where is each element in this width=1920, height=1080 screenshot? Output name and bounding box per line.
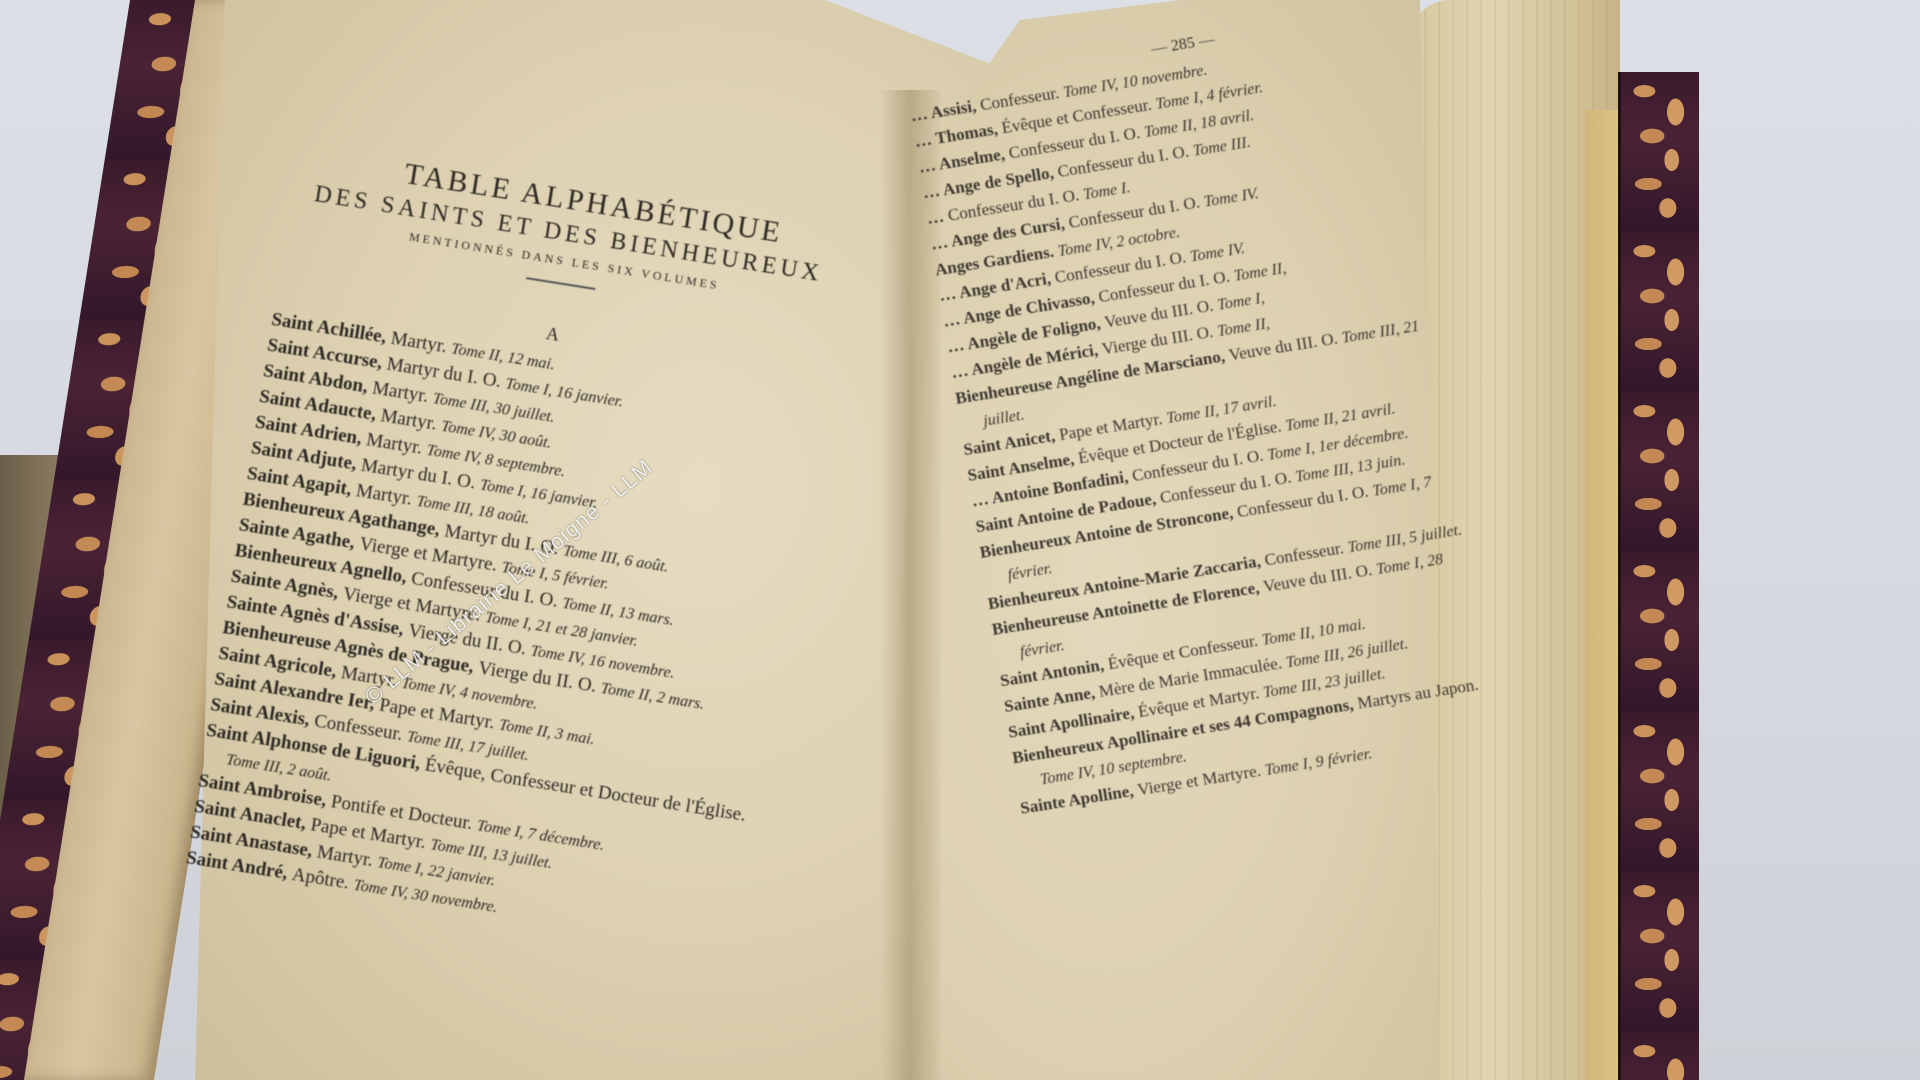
entry-volume-ref: Tome IV.	[1203, 185, 1260, 210]
entry-volume-ref: Tome I.	[1082, 179, 1131, 203]
index-entries-left: Saint Achillée, Martyr. Tome II, 12 mai.…	[184, 307, 826, 959]
left-page-text: TABLE ALPHABÉTIQUE DES SAINTS ET DES BIE…	[184, 140, 853, 958]
marbled-cover-right	[1618, 72, 1699, 1080]
entry-volume-ref: Tome I,	[1216, 290, 1265, 314]
book-photo: TABLE ALPHABÉTIQUE DES SAINTS ET DES BIE…	[0, 0, 1920, 1080]
entry-volume-ref: Tome III.	[1192, 134, 1252, 160]
entry-volume-ref: Tome II,	[1233, 260, 1288, 285]
title-divider	[526, 277, 595, 290]
